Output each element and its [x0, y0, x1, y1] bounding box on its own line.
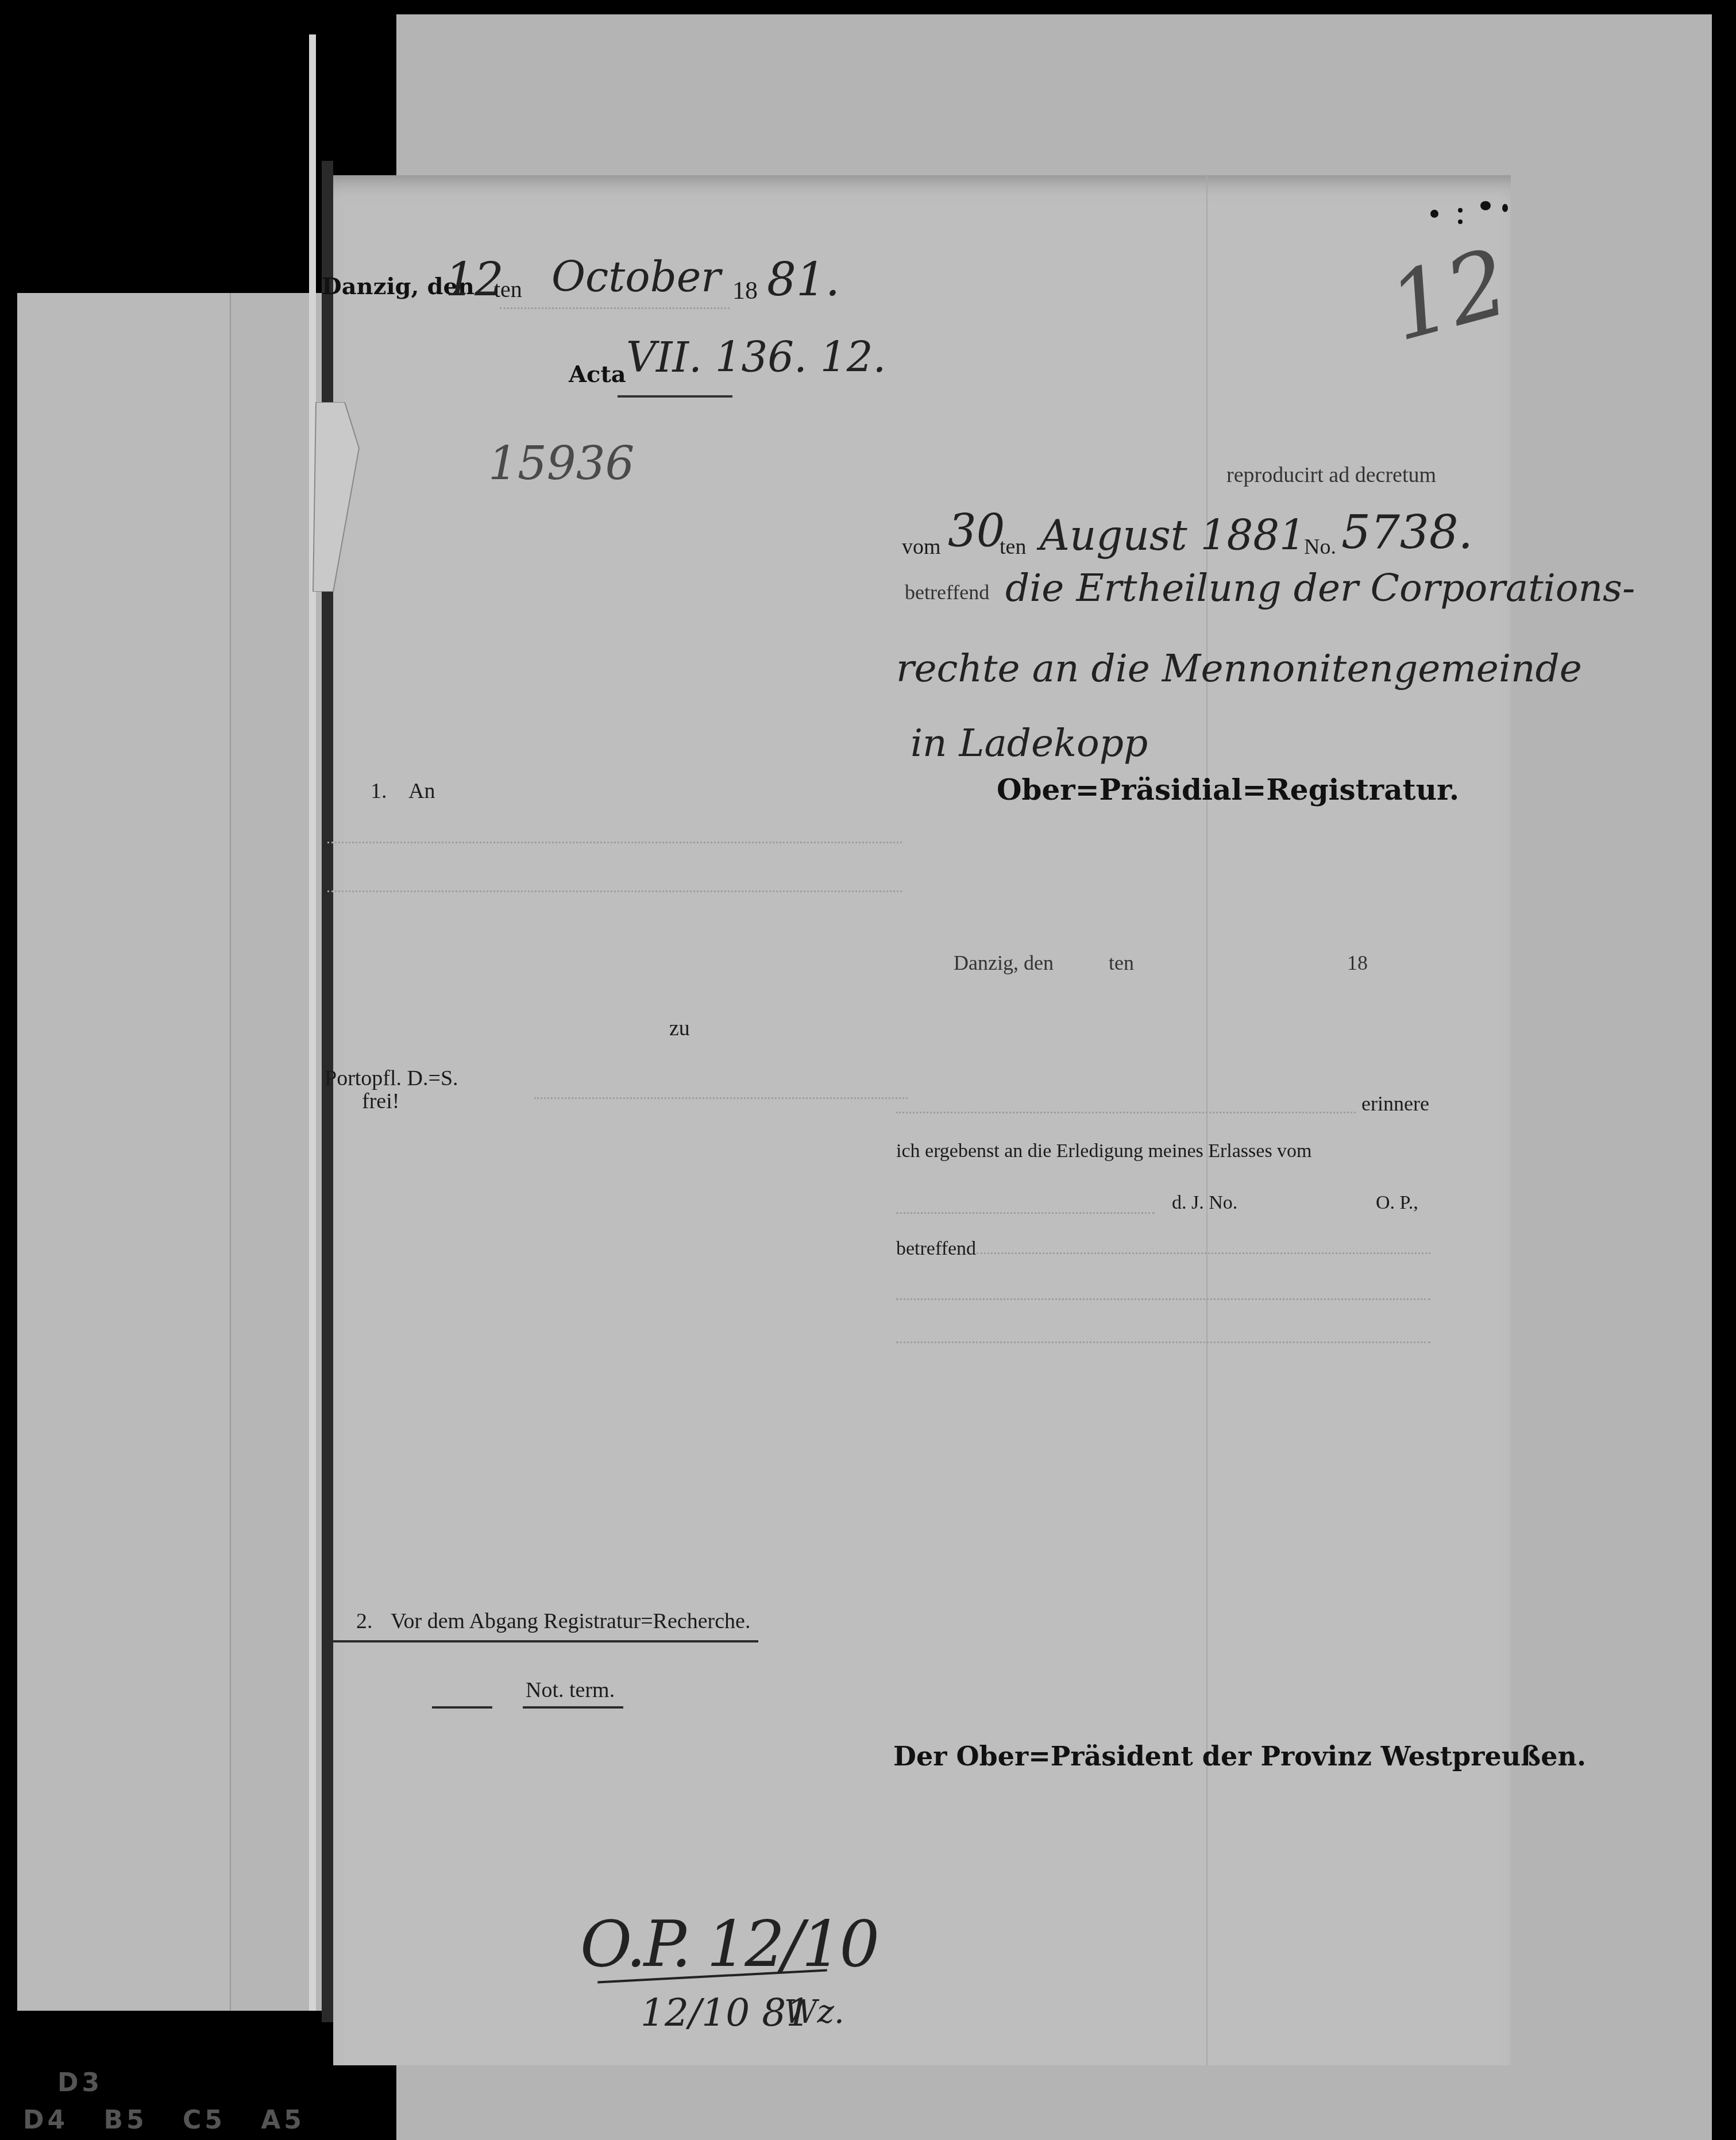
- ten-label: ten: [494, 276, 522, 303]
- subject-dotted-line: [977, 1252, 1430, 1254]
- registry-heading: Ober=Präsidial=Registratur.: [997, 773, 1459, 807]
- not-term-underline: [432, 1706, 492, 1709]
- subject-line-2: rechte an die Mennonitengemeinde: [896, 646, 1582, 691]
- item-1-label: An: [408, 779, 435, 803]
- subject-line-3: in Ladekopp: [911, 721, 1148, 765]
- decree-ten-label: ten: [1000, 534, 1026, 560]
- form-date-year: 18: [1347, 951, 1368, 975]
- year-handwritten: 81.: [767, 253, 840, 306]
- reproduced-label: reproducirt ad decretum: [1226, 462, 1436, 488]
- ink-spot: [1480, 201, 1491, 210]
- page-fold-line: [1206, 175, 1208, 2065]
- acta-line: Acta VII. 136. 12.: [569, 333, 971, 402]
- subject-dotted-line: [896, 1298, 1430, 1300]
- zu-dotted-line: [534, 1097, 908, 1099]
- item-2-underline: [325, 1640, 758, 1642]
- item-2-number: 2.: [356, 1609, 373, 1633]
- acta-label: Acta: [569, 361, 626, 388]
- film-label-row-1: D3: [57, 2068, 103, 2097]
- signatory-title: Der Ober=Präsident der Provinz Westpreuß…: [893, 1741, 1586, 1772]
- item-2: 2. Vor dem Abgang Registratur=Recherche.: [356, 1609, 750, 1634]
- signature-paraph: Wz.: [784, 1994, 844, 2031]
- op-label: O. P.,: [1376, 1192, 1418, 1214]
- ink-spot: [1502, 204, 1508, 212]
- item-1: 1. An: [371, 778, 435, 804]
- item-2-text: Vor dem Abgang Registratur=Recherche.: [391, 1609, 750, 1633]
- month-handwritten: October: [551, 253, 721, 301]
- subject-dotted-line: [896, 1341, 1430, 1343]
- decree-line: vom 30 ten August 1881 No. 5738.: [902, 506, 1476, 574]
- subject-line-1: die Ertheilung der Corporations-: [1005, 566, 1635, 610]
- date-dotted-line: [500, 307, 730, 309]
- dj-no-label: d. J. No.: [1172, 1192, 1237, 1214]
- acta-underline: [618, 395, 732, 398]
- zu-label: zu: [669, 1016, 690, 1041]
- vom-label: vom: [902, 534, 941, 560]
- address-dotted-line: [327, 842, 902, 843]
- year-prefix: 18: [732, 276, 758, 305]
- torn-corner-icon: [310, 402, 362, 592]
- reminder-betreffend: betreffend: [896, 1238, 976, 1260]
- erinnere-label: erinnere: [1361, 1092, 1429, 1116]
- ink-spot: [1458, 208, 1463, 213]
- postage-line-2: frei!: [362, 1089, 399, 1114]
- film-label-row-2: D4 B5 C5 A5: [23, 2106, 305, 2135]
- film-label: A5: [261, 2106, 305, 2135]
- decree-month-year: August 1881: [1040, 511, 1306, 560]
- erinnere-dotted-line: [896, 1112, 1356, 1113]
- acta-reference: VII. 136. 12.: [626, 333, 886, 381]
- not-term-underline-main: [523, 1706, 623, 1709]
- binding-strip: [309, 34, 316, 2011]
- reminder-dotted-line: [896, 1212, 1155, 1214]
- signature-initials: O.P. 12/10: [580, 1907, 877, 1981]
- ink-spot: [1458, 219, 1463, 224]
- subject-label: betreffend: [905, 580, 989, 604]
- decree-day: 30: [948, 506, 1005, 557]
- item-1-number: 1.: [371, 779, 387, 803]
- form-date-place: Danzig, den: [954, 951, 1054, 975]
- journal-number: 15936: [488, 437, 635, 490]
- film-label: C5: [183, 2106, 226, 2135]
- film-label: D4: [23, 2106, 68, 2135]
- header-date-line: Danzig, den 12 ten October 18 81.: [322, 253, 1011, 316]
- ink-spot: [1430, 210, 1438, 218]
- film-label: B5: [103, 2106, 147, 2135]
- not-term: Not. term.: [526, 1678, 615, 1703]
- decree-no-label: No.: [1304, 534, 1336, 560]
- address-dotted-line: [327, 890, 902, 892]
- form-date-ten: ten: [1109, 951, 1134, 975]
- postage-line-1: Portopfl. D.=S.: [325, 1066, 458, 1091]
- decree-number: 5738.: [1341, 506, 1473, 559]
- reminder-text: ich ergebenst an die Erledigung meines E…: [896, 1140, 1312, 1162]
